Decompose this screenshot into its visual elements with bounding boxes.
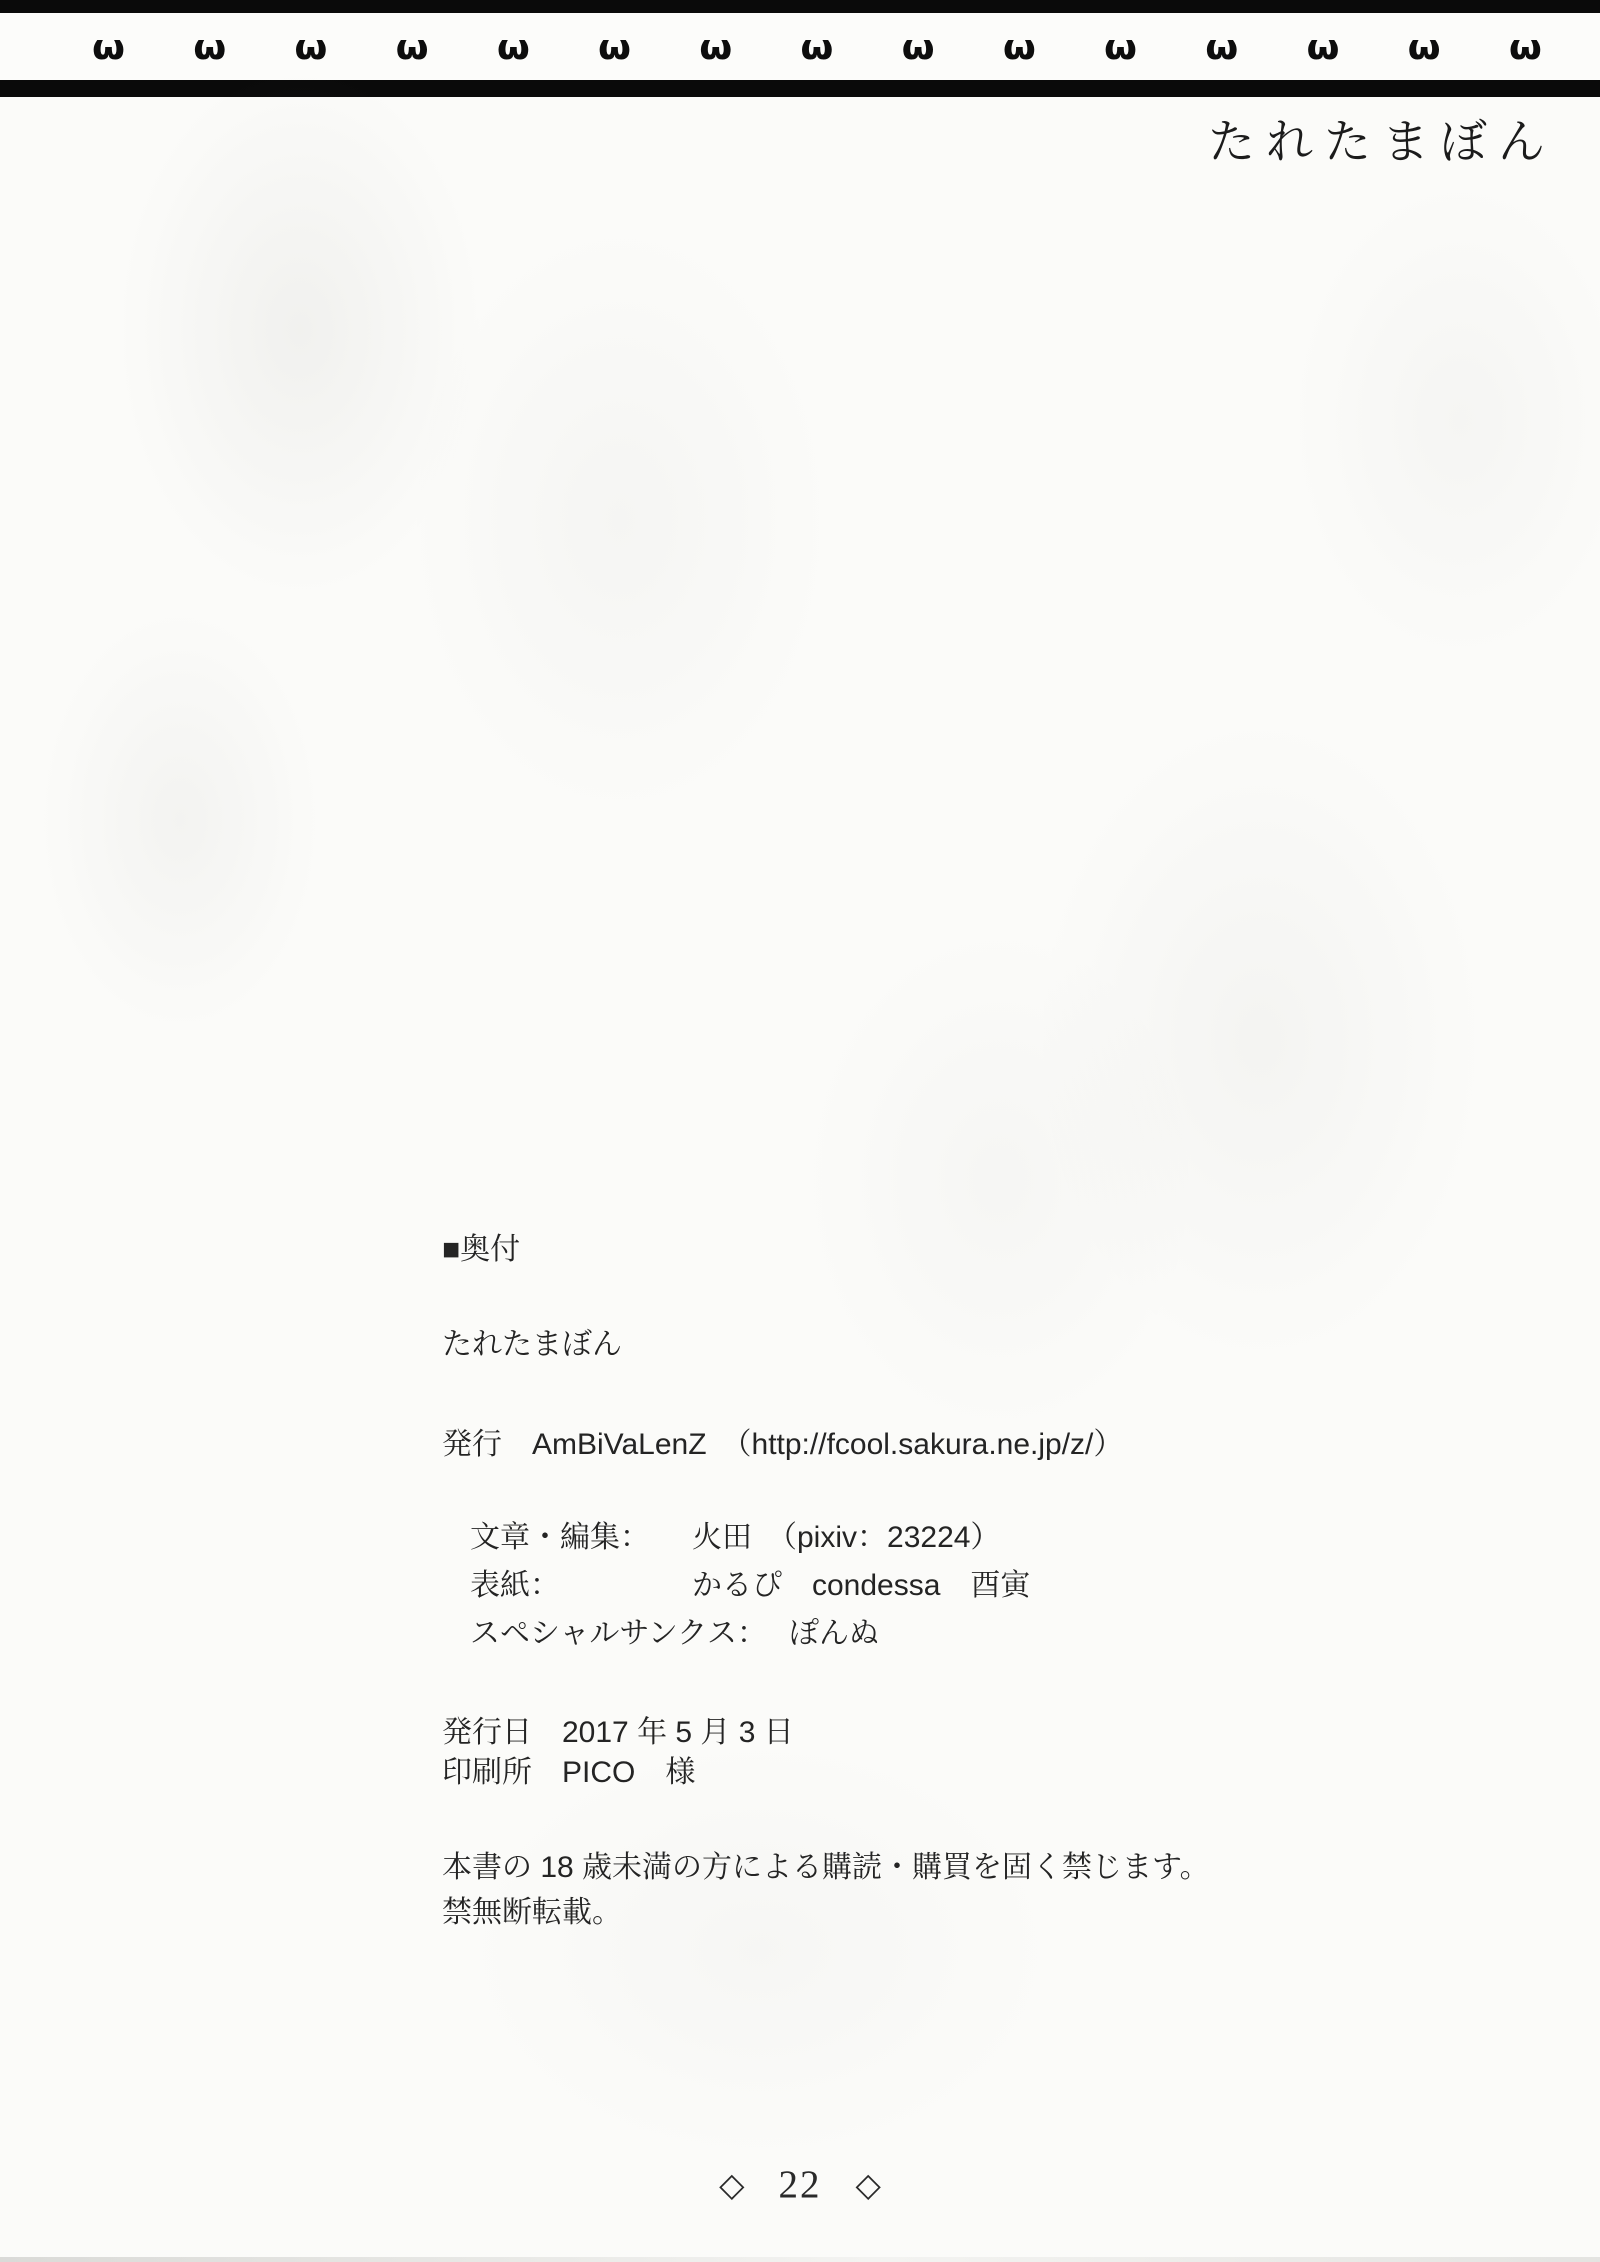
scanned-colophon-page: ωωωωωωωωωωωωωωω たれたまぼん ■奥付 たれたまぼん 発行 AmB… bbox=[0, 0, 1600, 2262]
credit-label: スペシャルサンクス： bbox=[470, 1610, 767, 1658]
credit-label: 表紙： bbox=[470, 1562, 670, 1610]
credit-value: 火田 （pixiv：23224） bbox=[692, 1514, 1000, 1562]
omega-glyph: ω bbox=[1205, 29, 1238, 64]
omega-glyph: ω bbox=[193, 29, 226, 64]
omega-glyph: ω bbox=[699, 29, 732, 64]
credit-row-special-thanks: スペシャルサンクス： ぽんぬ bbox=[470, 1610, 1210, 1658]
omega-glyph: ω bbox=[92, 29, 125, 64]
credit-value: かるぴ condessa 酉寅 bbox=[692, 1562, 1030, 1610]
omega-glyph: ω bbox=[497, 29, 530, 64]
diamond-icon-right: ◇ bbox=[856, 2160, 881, 2210]
omega-glyph: ω bbox=[1509, 29, 1542, 64]
omega-glyph: ω bbox=[1306, 29, 1339, 64]
notices-block: 本書の 18 歳未満の方による購読・購買を固く禁じます。 禁無断転載。 bbox=[442, 1845, 1210, 1935]
no-reproduction-notice: 禁無断転載。 bbox=[442, 1890, 1210, 1935]
omega-border-row: ωωωωωωωωωωωωωωω bbox=[0, 13, 1600, 80]
credit-row-cover: 表紙： かるぴ condessa 酉寅 bbox=[470, 1562, 1210, 1610]
omega-glyph: ω bbox=[598, 29, 631, 64]
scan-bottom-edge bbox=[0, 2257, 1600, 2262]
omega-glyph: ω bbox=[294, 29, 327, 64]
diamond-icon-left: ◇ bbox=[719, 2160, 744, 2210]
colophon-book-title: たれたまぼん bbox=[442, 1325, 1210, 1365]
credit-label: 文章・編集： bbox=[470, 1514, 670, 1562]
omega-glyph: ω bbox=[1104, 29, 1137, 64]
printer-line: 印刷所 PICO 様 bbox=[442, 1753, 1210, 1793]
credit-value: ぽんぬ bbox=[789, 1610, 879, 1658]
omega-glyph: ω bbox=[1408, 29, 1441, 64]
omega-glyph: ω bbox=[396, 29, 429, 64]
page-number-footer: ◇ 22 ◇ bbox=[0, 2160, 1600, 2210]
header-border-top bbox=[0, 0, 1600, 13]
omega-glyph: ω bbox=[902, 29, 935, 64]
colophon-block: ■奥付 たれたまぼん 発行 AmBiVaLenZ （http://fcool.s… bbox=[442, 1230, 1210, 1935]
header-border-bottom bbox=[0, 80, 1600, 97]
page-title: たれたまぼん bbox=[1208, 116, 1556, 170]
omega-glyph: ω bbox=[800, 29, 833, 64]
publish-date-line: 発行日 2017 年 5 月 3 日 bbox=[442, 1713, 1210, 1753]
credit-row-editing: 文章・編集： 火田 （pixiv：23224） bbox=[470, 1514, 1210, 1562]
omega-glyph: ω bbox=[1003, 29, 1036, 64]
credits-list: 文章・編集： 火田 （pixiv：23224） 表紙： かるぴ condessa… bbox=[470, 1514, 1210, 1658]
publisher-line: 発行 AmBiVaLenZ （http://fcool.sakura.ne.jp… bbox=[442, 1425, 1210, 1465]
colophon-section-label: ■奥付 bbox=[442, 1230, 1210, 1270]
age-restriction-notice: 本書の 18 歳未満の方による購読・購買を固く禁じます。 bbox=[442, 1845, 1210, 1890]
page-number: 22 bbox=[779, 2160, 822, 2210]
